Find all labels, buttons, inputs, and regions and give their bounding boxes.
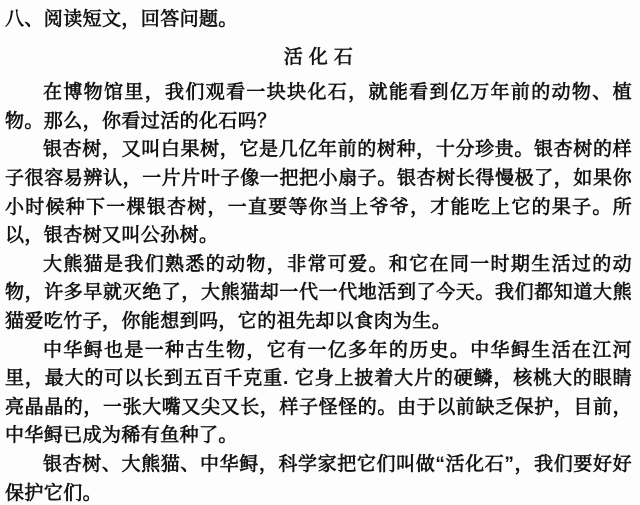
passage-title: 活 化 石 (5, 44, 632, 73)
passage-paragraph: 在博物馆里，我们观看一块块化石，就能看到亿万年前的动物、植物。那么，你看过活的化… (5, 79, 632, 136)
passage-paragraph: 中华鲟也是一种古生物，它有一亿多年的历史。中华鲟生活在江河里，最大的可以长到五百… (5, 337, 632, 451)
document-page: 八、阅读短文，回答问题。 活 化 石 在博物馆里，我们观看一块块化石，就能看到亿… (0, 0, 640, 505)
passage-body: 在博物馆里，我们观看一块块化石，就能看到亿万年前的动物、植物。那么，你看过活的化… (5, 79, 632, 505)
section-heading: 八、阅读短文，回答问题。 (5, 6, 632, 35)
passage-paragraph: 大熊猫是我们熟悉的动物，非常可爱。和它在同一时期生活过的动物，许多早就灭绝了，大… (5, 251, 632, 337)
passage-paragraph: 银杏树，又叫白果树，它是几亿年前的树种，十分珍贵。银杏树的样子很容易辨认，一片片… (5, 136, 632, 250)
passage-paragraph: 银杏树、大熊猫、中华鲟，科学家把它们叫做“活化石”，我们要好好保护它们。 (5, 451, 632, 505)
